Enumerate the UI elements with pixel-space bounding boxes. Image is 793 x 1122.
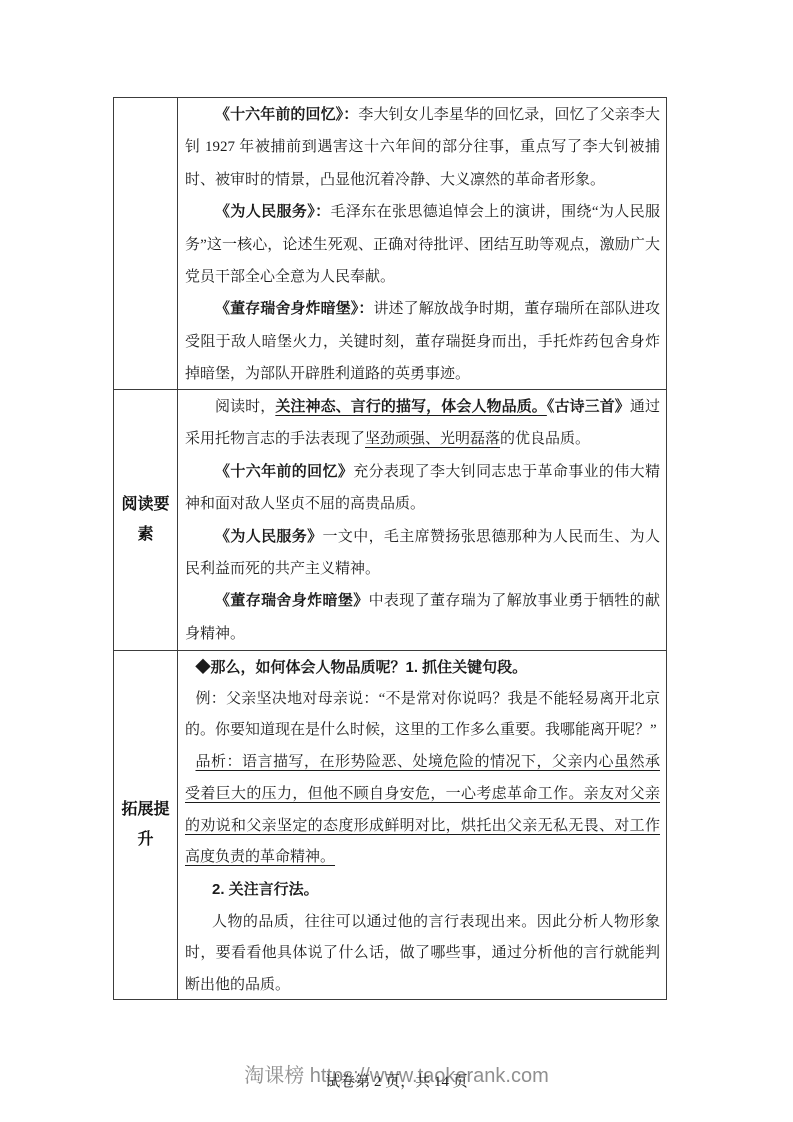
content-table: 《十六年前的回忆》：李大钊女儿李星华的回忆录，回忆了父亲李大钊 1927 年被捕… <box>113 97 667 1000</box>
paragraph: 2. 关注言行法。 <box>185 874 660 906</box>
table-row: 《十六年前的回忆》：李大钊女儿李星华的回忆录，回忆了父亲李大钊 1927 年被捕… <box>114 98 666 389</box>
paragraph: 《十六年前的回忆》：李大钊女儿李星华的回忆录，回忆了父亲李大钊 1927 年被捕… <box>185 99 660 196</box>
row-content: 阅读时，关注神态、言行的描写，体会人物品质。《古诗三首》通过采用托物言志的手法表… <box>178 390 666 650</box>
text-segment: 《十六年前的回忆》： <box>215 106 358 123</box>
paragraph: 品析：语言描写，在形势险恶、处境危险的情况下，父亲内心虽然承受着巨大的压力，但他… <box>185 747 660 874</box>
paragraph: 阅读时，关注神态、言行的描写，体会人物品质。《古诗三首》通过采用托物言志的手法表… <box>185 391 660 456</box>
text-segment: 《为人民服务》 <box>215 528 323 545</box>
table-row: 阅读要素阅读时，关注神态、言行的描写，体会人物品质。《古诗三首》通过采用托物言志… <box>114 389 666 650</box>
text-segment: 阅读时， <box>215 399 275 415</box>
paragraph: 例：父亲坚决地对母亲说：“不是常对你说吗？我是不能轻易离开北京的。你要知道现在是… <box>185 684 660 747</box>
row-label-line: 升 <box>137 825 153 855</box>
page-number-text: 试卷第 2 页，共 14 页 <box>0 1070 793 1091</box>
row-content: 《十六年前的回忆》：李大钊女儿李星华的回忆录，回忆了父亲李大钊 1927 年被捕… <box>178 98 666 389</box>
paragraph: 人物的品质，往往可以通过他的言行表现出来。因此分析人物形象时，要看看他具体说了什… <box>185 906 660 999</box>
text-segment: 《古诗三首》 <box>547 398 630 415</box>
text-segment: 品析：语言描写，在形势险恶、处境危险的情况下，父亲内心虽然承受着巨大的压力，但他… <box>185 754 660 865</box>
text-segment: 人物的品质，往往可以通过他的言行表现出来。因此分析人物形象时，要看看他具体说了什… <box>185 913 660 993</box>
row-label <box>114 98 178 389</box>
paragraph: 《为人民服务》：毛泽东在张思德追悼会上的演讲，围绕“为人民服务”这一核心，论述生… <box>185 196 660 293</box>
text-segment: 例：父亲坚决地对母亲说：“不是常对你说吗？我是不能轻易离开北京的。你要知道现在是… <box>185 691 660 739</box>
text-segment: 《十六年前的回忆》 <box>215 463 353 480</box>
paragraph: 《董存瑞舍身炸暗堡》中表现了董存瑞为了解放事业勇于牺牲的献身精神。 <box>185 585 660 650</box>
row-label-line: 阅读要 <box>121 490 169 520</box>
text-segment: 坚劲顽强、光明磊落 <box>365 431 500 447</box>
row-label-line: 拓展提 <box>121 795 169 825</box>
table-row: 拓展提升◆那么，如何体会人物品质呢？1. 抓住关键句段。例：父亲坚决地对母亲说：… <box>114 650 666 999</box>
text-segment: 《董存瑞舍身炸暗堡》： <box>215 300 373 317</box>
document-page: 《十六年前的回忆》：李大钊女儿李星华的回忆录，回忆了父亲李大钊 1927 年被捕… <box>0 0 793 1122</box>
row-label: 阅读要素 <box>114 390 178 650</box>
row-label-line: 素 <box>137 520 153 550</box>
text-segment: ◆那么，如何体会人物品质呢？1. 抓住关键句段。 <box>196 659 528 676</box>
row-label: 拓展提升 <box>114 651 178 999</box>
row-content: ◆那么，如何体会人物品质呢？1. 抓住关键句段。例：父亲坚决地对母亲说：“不是常… <box>178 651 666 999</box>
text-segment: 关注神态、言行的描写，体会人物品质。 <box>275 398 547 415</box>
paragraph: ◆那么，如何体会人物品质呢？1. 抓住关键句段。 <box>185 652 660 684</box>
text-segment: 《董存瑞舍身炸暗堡》 <box>215 592 369 609</box>
text-segment: 2. 关注言行法。 <box>212 881 319 898</box>
paragraph: 《董存瑞舍身炸暗堡》：讲述了解放战争时期，董存瑞所在部队进攻受阻于敌人暗堡火力，… <box>185 293 660 389</box>
text-segment: 《为人民服务》： <box>215 203 330 220</box>
paragraph: 《为人民服务》一文中，毛主席赞扬张思德那种为人民而生、为人民利益而死的共产主义精… <box>185 521 660 586</box>
paragraph: 《十六年前的回忆》充分表现了李大钊同志忠于革命事业的伟大精神和面对敌人坚贞不屈的… <box>185 456 660 521</box>
text-segment: 的优良品质。 <box>500 431 590 447</box>
